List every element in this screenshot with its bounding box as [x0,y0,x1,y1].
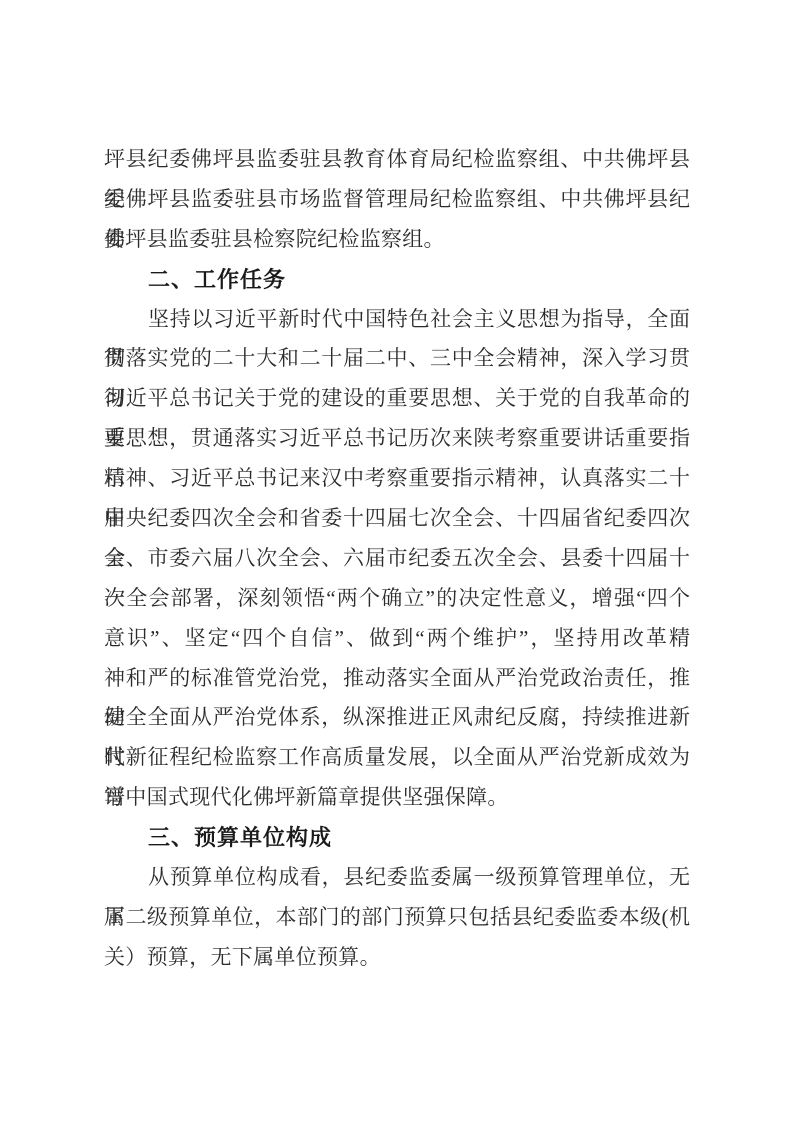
body-text-line: 代新征程纪检监察工作高质量发展，以全面从严治党新成效为谱 [104,738,690,778]
body-text-line: 坚持以习近平新时代中国特色社会主义思想为指导，全面贯 [104,300,690,340]
body-text-line: 委佛坪县监委驻县市场监督管理局纪检监察组、中共佛坪县纪委 [104,180,690,220]
section-heading: 二、工作任务 [104,260,690,300]
document-page: 坪县纪委佛坪县监委驻县教育体育局纪检监察组、中共佛坪县纪委佛坪县监委驻县市场监督… [0,0,792,1121]
body-text-line: 习近平总书记关于党的建设的重要思想、关于党的自我革命的重 [104,379,690,419]
body-text-line: 健全全面从严治党体系，纵深推进正风肃纪反腐，持续推进新时 [104,698,690,738]
body-text-line: 次全会部署，深刻领悟“两个确立”的决定性意义，增强“四个 [104,579,690,619]
body-text-line: 神和严的标准管党治党，推动落实全面从严治党政治责任，推动 [104,659,690,699]
body-text-line: 从预算单位构成看，县纪委监委属一级预算管理单位，无下 [104,858,690,898]
body-text-line: 佛坪县监委驻县检察院纪检监察组。 [104,220,690,260]
section-heading: 三、预算单位构成 [104,818,690,858]
body-text-line: 彻落实党的二十大和二十届二中、三中全会精神，深入学习贯彻 [104,339,690,379]
body-text-line: 写中国式现代化佛坪新篇章提供坚强保障。 [104,778,690,818]
body-text-line: 意识”、坚定“四个自信”、做到“两个维护”，坚持用改革精 [104,619,690,659]
body-text-line: 坪县纪委佛坪县监委驻县教育体育局纪检监察组、中共佛坪县纪 [104,140,690,180]
body-text-line: 会、市委六届八次全会、六届市纪委五次全会、县委十四届十一 [104,539,690,579]
body-text-line: 属二级预算单位，本部门的部门预算只包括县纪委监委本级(机 [104,898,690,938]
body-text-line: 精神、习近平总书记来汉中考察重要指示精神，认真落实二十届 [104,459,690,499]
body-text-line: 关）预算，无下属单位预算。 [104,938,690,978]
body-text-line: 要思想，贯通落实习近平总书记历次来陕考察重要讲话重要指示 [104,419,690,459]
body-text-line: 中央纪委四次全会和省委十四届七次全会、十四届省纪委四次全 [104,499,690,539]
document-body: 坪县纪委佛坪县监委驻县教育体育局纪检监察组、中共佛坪县纪委佛坪县监委驻县市场监督… [104,140,690,978]
